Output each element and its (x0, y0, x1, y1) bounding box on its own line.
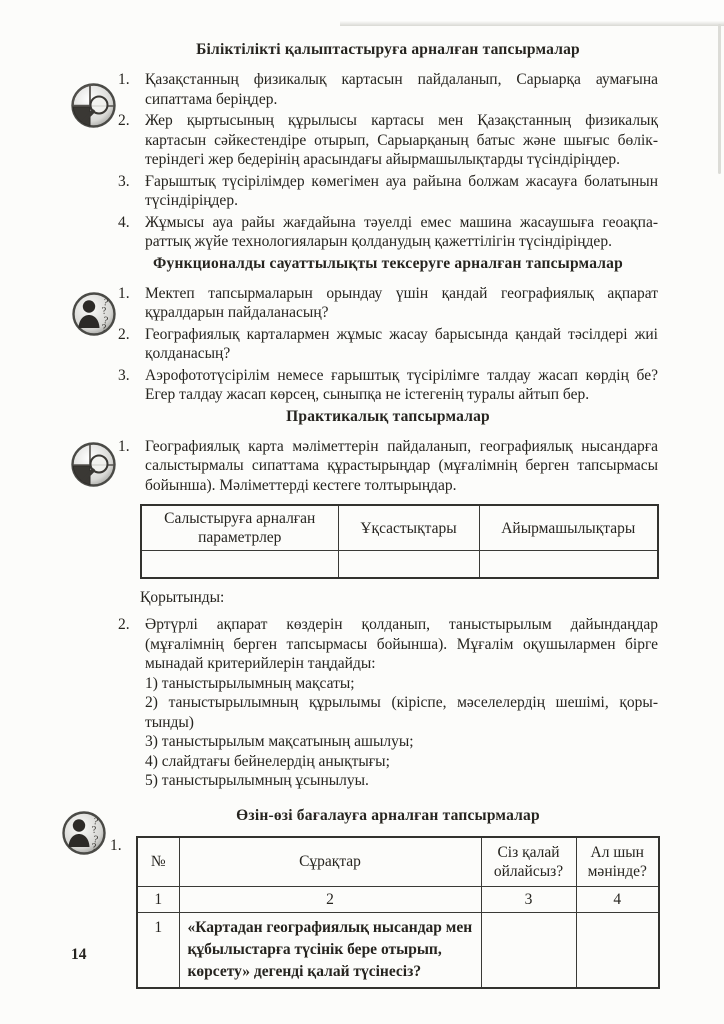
task-list-functional: 1. Мектеп тапсырмаларын орындау үшін қан… (118, 284, 658, 405)
page-number: 14 (71, 946, 87, 964)
task-number: 3. (118, 366, 145, 405)
task-number: 2. (118, 325, 145, 364)
task-item: 2. Географиялық карталармен жұмыс жасау … (118, 325, 658, 364)
task-item: 2. Жер қыртысының құрылысы картасы мен Қ… (118, 111, 658, 170)
task-number: 1. (110, 836, 136, 990)
task-item: 1. Географиялық карта мәліметтерін пайда… (118, 437, 658, 496)
task-number: 3. (118, 172, 145, 211)
comparison-table-header-similarities: Ұқсастықтары (338, 505, 479, 551)
task-item: 3. Ғарыштық түсірілімдер көмегімен ауа р… (118, 172, 658, 211)
task-text: Жұмысы ауа райы жағдайына тәуелді емес м… (145, 213, 658, 252)
task-text-intro: Әртүрлі ақпарат көздерін қолданып, таныс… (145, 615, 658, 674)
section-heading-competency: Біліктілікті қалыптастыруға арналған тап… (118, 40, 658, 60)
book-page: ? ? ? ? ? ? ? ? Біліктілікті қалыптасты (0, 0, 724, 1024)
task-number: 2. (118, 615, 145, 791)
self-assessment-table: № Сұрақтар Сіз қалай ойлайсыз? Ал шын мә… (136, 836, 660, 990)
task-text: Географиялық карта мәліметтерін пайдалан… (145, 437, 658, 496)
task-number: 2. (118, 111, 145, 170)
comparison-table-header-differences: Айырмашылықтары (479, 505, 658, 551)
self-table-question: «Картадан географиялық нысандар мен құбы… (179, 913, 481, 989)
self-table-header-in-fact: Ал шын мәнінде? (576, 837, 659, 887)
task-text: Жер қыртысының құрылысы картасы мен Қаза… (145, 111, 658, 170)
task-item: 1. Қазақстанның физикалық картасын пайда… (118, 70, 658, 109)
task-number: 1. (118, 437, 145, 496)
task-text: Географиялық карталармен жұмыс жасау бар… (145, 325, 658, 364)
scan-edge-right (718, 24, 721, 174)
task-list-competency: 1. Қазақстанның физикалық картасын пайда… (118, 70, 658, 252)
task-text: Қазақстанның физикалық картасын пайдалан… (145, 70, 658, 109)
comparison-table-empty-cell (338, 551, 479, 578)
self-table-header-your-opinion: Сіз қалай ойлайсыз? (481, 837, 576, 887)
task-number: 4. (118, 213, 145, 252)
conclusion-label: Қорытынды: (140, 588, 658, 608)
criteria-item: 3) таныстырылым мақсатының ашылуы; (145, 732, 658, 752)
self-table-empty-cell (481, 913, 576, 989)
criteria-list: 1) таныстырылымның мақсаты; 2) таныстыры… (145, 674, 658, 791)
task-item: 1. Мектеп тапсырмаларын орындау үшін қан… (118, 284, 658, 323)
criteria-item: 1) таныстырылымның мақсаты; (145, 674, 658, 694)
comparison-table: Салыстыруға арналған параметрлер Ұқсасты… (140, 504, 659, 579)
scan-shadow-top (340, 0, 724, 26)
task-text: Ғарыштық түсірілімдер көмегімен ауа райы… (145, 172, 658, 211)
comparison-table-header-parameters: Салыстыруға арналған параметрлер (141, 505, 338, 551)
self-table-colnum: 3 (481, 887, 576, 913)
chart-magnifier-icon (71, 442, 116, 487)
section-heading-functional-literacy: Функционалды сауаттылықты тексеруге арна… (118, 254, 658, 274)
task-text: Мектеп тапсырмаларын орындау үшін қандай… (145, 284, 658, 323)
task-text: Әртүрлі ақпарат көздерін қолданып, таныс… (145, 615, 658, 791)
criteria-item: 2) таныстырылымның құрылымы (кіріспе, мә… (145, 693, 658, 732)
comparison-table-empty-cell (479, 551, 658, 578)
self-table-header-no: № (137, 837, 179, 887)
task-item: 4. Жұмысы ауа райы жағдайына тәуелді еме… (118, 213, 658, 252)
self-table-row-number: 1 (137, 913, 179, 989)
criteria-item: 4) слайдтағы бейнелердің анықтығы; (145, 752, 658, 772)
self-assessment-row: 1. № Сұрақтар Сіз қалай ойлайсыз? Ал шын… (110, 836, 658, 990)
section-heading-self-assessment: Өзін-өзі бағалауға арналған тапсырмалар (118, 806, 658, 826)
page-content: Біліктілікті қалыптастыруға арналған тап… (118, 40, 658, 989)
task-item: 3. Аэрофототүсірілім немесе ғарыштық түс… (118, 366, 658, 405)
person-question-icon: ? ? ? ? (72, 292, 117, 337)
chart-magnifier-icon (71, 83, 116, 128)
task-text: Аэрофототүсірілім немесе ғарыштық түсірі… (145, 366, 658, 405)
task-number: 1. (118, 70, 145, 109)
self-table-colnum: 1 (137, 887, 179, 913)
section-heading-practical: Практикалық тапсырмалар (118, 407, 658, 427)
task-number: 1. (118, 284, 145, 323)
task-item: 2. Әртүрлі ақпарат көздерін қолданып, та… (118, 615, 658, 791)
self-table-colnum: 4 (576, 887, 659, 913)
self-table-empty-cell (576, 913, 659, 989)
self-table-colnum: 2 (179, 887, 481, 913)
self-table-header-questions: Сұрақтар (179, 837, 481, 887)
criteria-item: 5) таныстырылымның ұсынылуы. (145, 771, 658, 791)
comparison-table-empty-cell (141, 551, 338, 578)
person-question-icon: ? ? ? ? (62, 811, 107, 856)
